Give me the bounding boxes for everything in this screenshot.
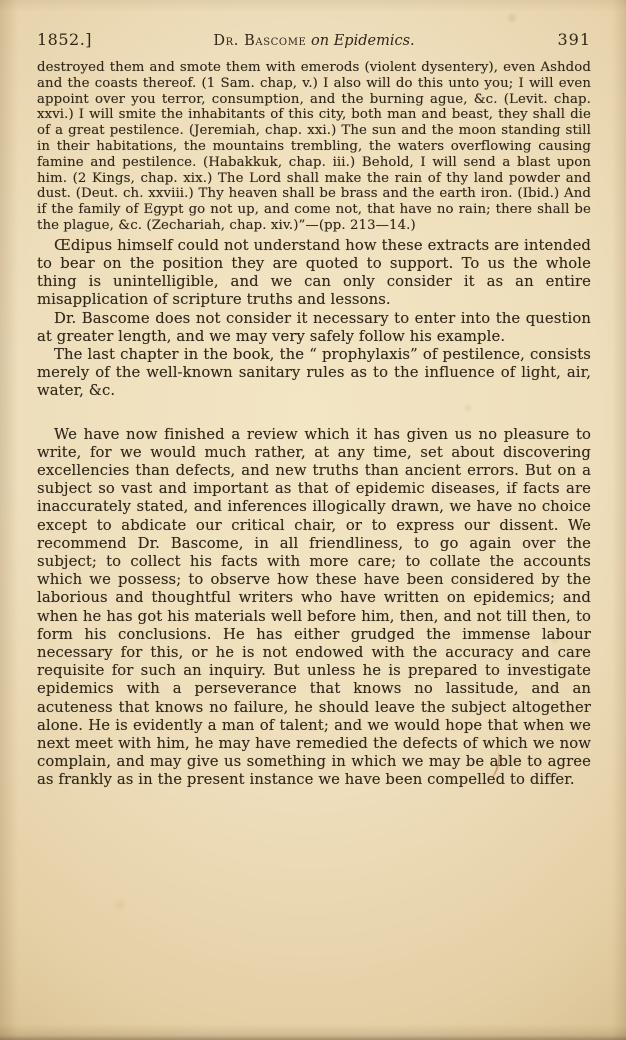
body-paragraph-closing: We have now finished a review which it h…: [37, 426, 591, 790]
running-title-author: Dr. Bascome: [213, 33, 306, 49]
header-year: 1852.]: [37, 30, 132, 49]
running-title-subject: on Epidemics.: [311, 33, 415, 49]
scanned-book-page: 1852.] Dr. Bascome on Epidemics. 391 des…: [0, 0, 626, 1040]
header-page-number: 391: [496, 30, 591, 49]
page-content: 1852.] Dr. Bascome on Epidemics. 391 des…: [37, 30, 591, 790]
page-header: 1852.] Dr. Bascome on Epidemics. 391: [37, 30, 591, 49]
quoted-extract-paragraph: destroyed them and smote them with emero…: [37, 60, 591, 234]
body-paragraph: Dr. Bascome does not consider it necessa…: [37, 310, 591, 346]
body-paragraph: Œdipus himself could not understand how …: [37, 237, 591, 310]
body-paragraph: The last chapter in the book, the “ prop…: [37, 346, 591, 401]
running-title: Dr. Bascome on Epidemics.: [132, 33, 496, 49]
